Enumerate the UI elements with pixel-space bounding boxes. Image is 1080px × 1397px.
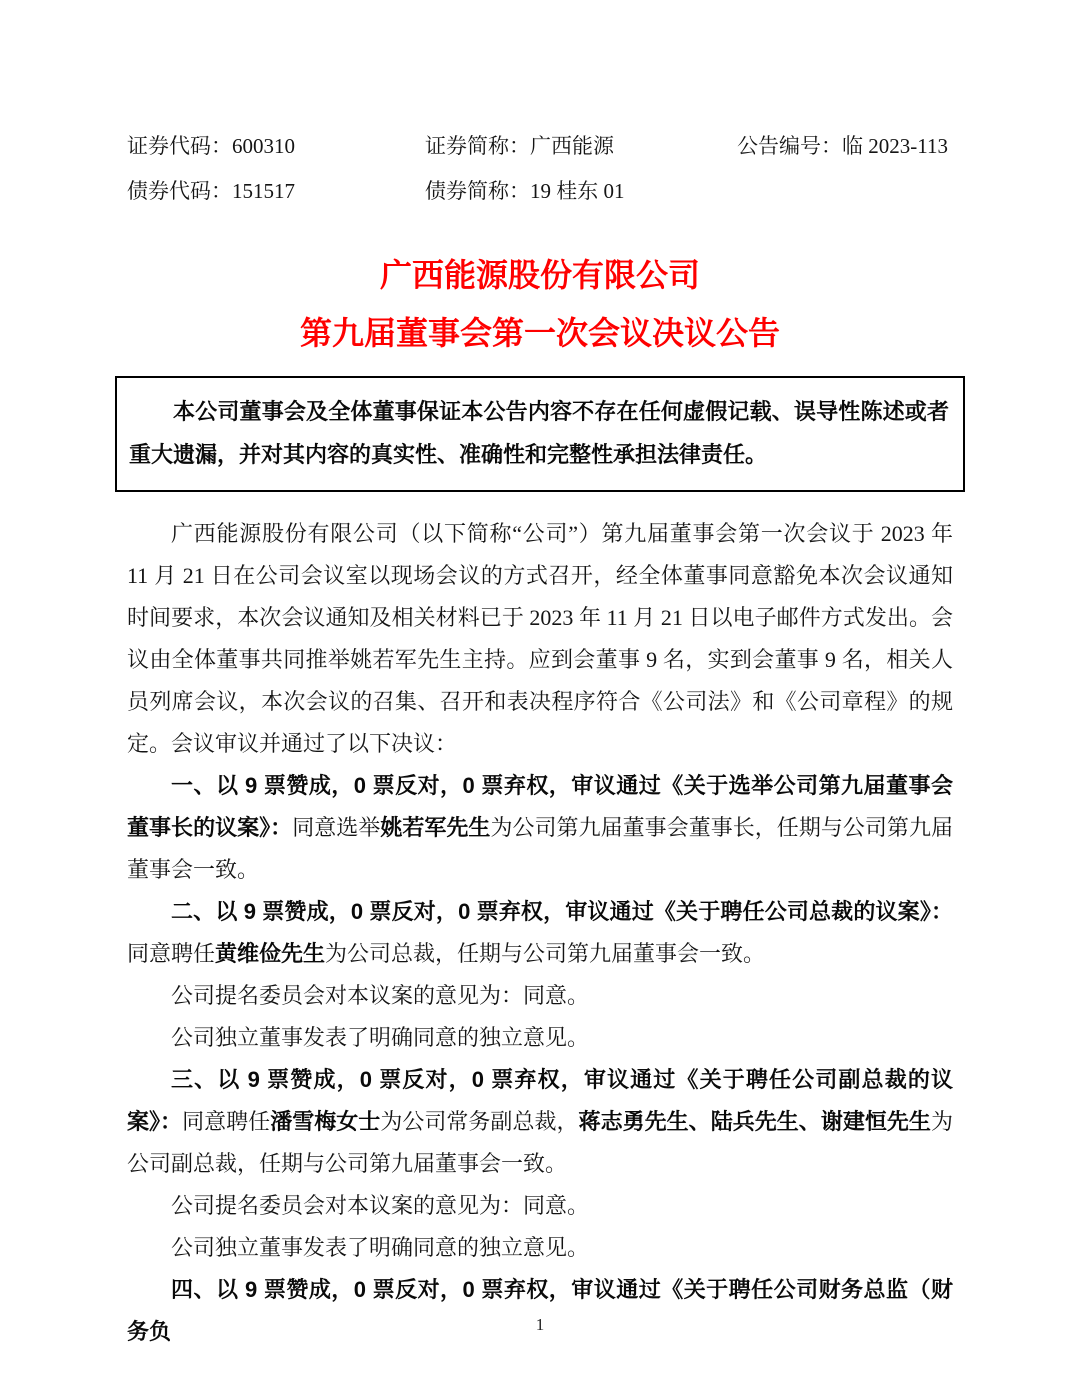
text-run: 公司提名委员会对本议案的意见为：同意。 (171, 1193, 589, 1218)
disclaimer-box: 本公司董事会及全体董事保证本公告内容不存在任何虚假记载、误导性陈述或者重大遗漏，… (115, 376, 965, 492)
paragraph: 一、以 9 票赞成，0 票反对，0 票弃权，审议通过《关于选举公司第九届董事会董… (127, 765, 953, 891)
text-run: 为公司常务副总裁， (380, 1109, 578, 1134)
stock-code: 证券代码：600310 (127, 131, 425, 161)
document-title: 广西能源股份有限公司 第九届董事会第一次会议决议公告 (127, 256, 953, 352)
text-run: 公司提名委员会对本议案的意见为：同意。 (171, 983, 589, 1008)
bold-text-run: 黄维俭先生 (215, 941, 325, 966)
paragraph: 公司提名委员会对本议案的意见为：同意。 (127, 1185, 953, 1227)
bold-text-run: 二、以 9 票赞成，0 票反对，0 票弃权，审议通过《关于聘任公司总裁的议案》： (171, 899, 953, 924)
paragraph: 四、以 9 票赞成，0 票反对，0 票弃权，审议通过《关于聘任公司财务总监（财务… (127, 1269, 953, 1353)
text-run: 公司独立董事发表了明确同意的独立意见。 (171, 1235, 589, 1260)
disclaimer-text: 本公司董事会及全体董事保证本公告内容不存在任何虚假记载、误导性陈述或者重大遗漏，… (129, 390, 949, 476)
paragraph: 公司提名委员会对本议案的意见为：同意。 (127, 975, 953, 1017)
announcement-page: 证券代码：600310 证券简称：广西能源 公告编号：临 2023-113 债券… (0, 0, 1080, 1397)
bond-abbreviation: 债券简称：19 桂东 01 (425, 176, 737, 206)
bold-text-run: 蒋志勇先生、陆兵先生、谢建恒先生 (579, 1109, 931, 1134)
header-empty-cell (737, 176, 953, 206)
stock-abbreviation: 证券简称：广西能源 (425, 131, 737, 161)
paragraph: 广西能源股份有限公司（以下简称“公司”）第九届董事会第一次会议于 2023 年 … (127, 513, 953, 765)
text-run: 同意选举 (292, 815, 380, 840)
page-content: 证券代码：600310 证券简称：广西能源 公告编号：临 2023-113 债券… (0, 0, 1080, 1353)
bold-text-run: 姚若军先生 (380, 815, 490, 840)
text-run: 同意聘任 (182, 1109, 270, 1134)
text-run: 广西能源股份有限公司（以下简称“公司”）第九届董事会第一次会议于 2023 年 … (127, 521, 953, 756)
paragraph: 公司独立董事发表了明确同意的独立意见。 (127, 1227, 953, 1269)
company-name-title: 广西能源股份有限公司 (127, 256, 953, 294)
securities-code-header: 证券代码：600310 证券简称：广西能源 公告编号：临 2023-113 债券… (127, 131, 953, 206)
page-number: 1 (536, 1315, 545, 1334)
text-run: 为公司总裁，任期与公司第九届董事会一致。 (325, 941, 765, 966)
announcement-number: 公告编号：临 2023-113 (737, 131, 953, 161)
body-content: 广西能源股份有限公司（以下简称“公司”）第九届董事会第一次会议于 2023 年 … (127, 513, 953, 1353)
bond-code: 债券代码：151517 (127, 176, 425, 206)
text-run: 公司独立董事发表了明确同意的独立意见。 (171, 1025, 589, 1050)
bold-text-run: 潘雪梅女士 (270, 1109, 380, 1134)
page-footer: 1 (0, 1315, 1080, 1335)
paragraph: 二、以 9 票赞成，0 票反对，0 票弃权，审议通过《关于聘任公司总裁的议案》：… (127, 891, 953, 975)
meeting-resolution-title: 第九届董事会第一次会议决议公告 (127, 314, 953, 352)
paragraph: 公司独立董事发表了明确同意的独立意见。 (127, 1017, 953, 1059)
paragraph: 三、以 9 票赞成，0 票反对，0 票弃权，审议通过《关于聘任公司副总裁的议案》… (127, 1059, 953, 1185)
text-run: 同意聘任 (127, 941, 215, 966)
